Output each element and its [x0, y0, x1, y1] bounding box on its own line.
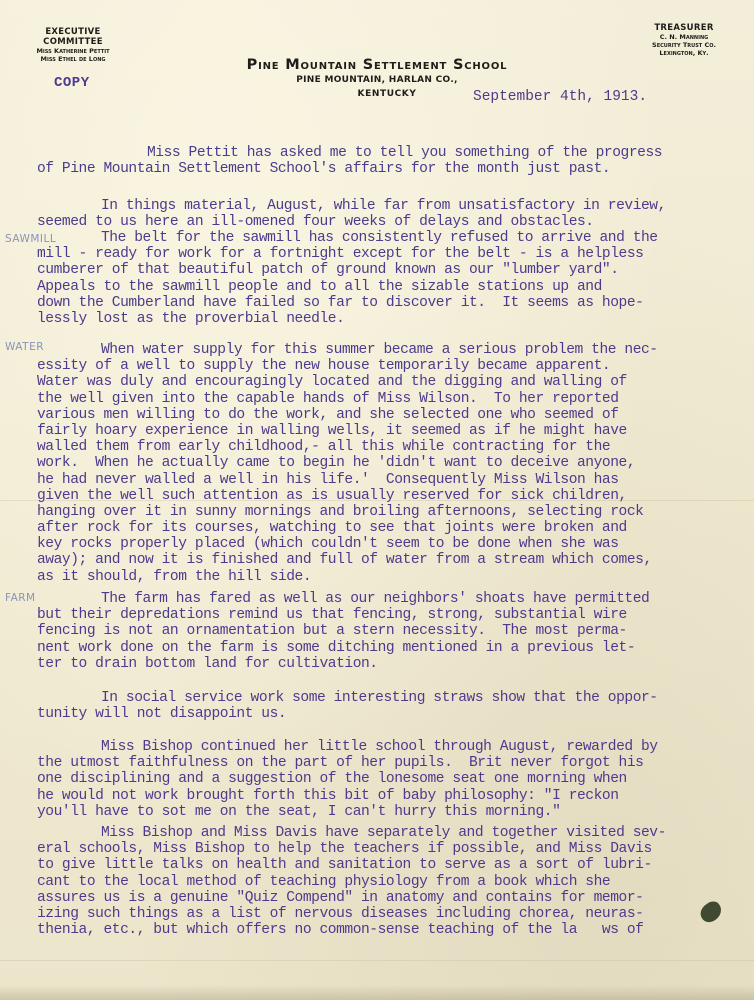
- paragraph-miss-bishop-school: Miss Bishop continued her little school …: [37, 739, 737, 820]
- paragraph-social-service: In social service work some interesting …: [37, 690, 737, 722]
- text-line: as it should, from the hill side.: [37, 569, 737, 585]
- text-line: work. When he actually came to begin he …: [37, 455, 737, 471]
- text-line: izing such things as a list of nervous d…: [37, 906, 737, 922]
- paragraph-school-visits: Miss Bishop and Miss Davis have separate…: [37, 825, 737, 938]
- text-line: given the well such attention as is usua…: [37, 488, 737, 504]
- text-line: key rocks properly placed (which couldn'…: [37, 536, 737, 552]
- text-line: walled them from early childhood,- all t…: [37, 439, 737, 455]
- text-line: hanging over it in sunny mornings and br…: [37, 504, 737, 520]
- text-line: cant to the local method of teaching phy…: [37, 874, 737, 890]
- paragraph-intro: Miss Pettit has asked me to tell you som…: [37, 145, 737, 177]
- text-line: ter to drain bottom land for cultivation…: [37, 656, 737, 672]
- text-line: after rock for its courses, watching to …: [37, 520, 737, 536]
- paragraph-material: In things material, August, while far fr…: [37, 198, 737, 230]
- text-line: one disciplining and a suggestion of the…: [37, 771, 737, 787]
- margin-note-farm: FARM: [5, 592, 36, 604]
- treasurer-line: C. N. Manning: [634, 33, 734, 41]
- text-line: nent work done on the farm is some ditch…: [37, 640, 737, 656]
- text-line: In things material, August, while far fr…: [37, 198, 737, 214]
- letter-date: September 4th, 1913.: [473, 89, 647, 105]
- text-line: the well given into the capable hands of…: [37, 391, 737, 407]
- text-line: to give little talks on health and sanit…: [37, 857, 737, 873]
- text-line: but their depredations remind us that fe…: [37, 607, 737, 623]
- paper-edge-shadow: [0, 985, 754, 1000]
- text-line: lessly lost as the proverbial needle.: [37, 311, 737, 327]
- paragraph-farm: The farm has fared as well as our neighb…: [37, 591, 737, 672]
- text-line: Miss Bishop continued her little school …: [37, 739, 737, 755]
- treasurer-line: Lexington, Ky.: [634, 49, 734, 57]
- school-address: PINE MOUNTAIN, HARLAN CO.,: [222, 75, 532, 85]
- text-line: cumberer of that beautiful patch of grou…: [37, 262, 737, 278]
- paper-fold-line: [0, 960, 754, 961]
- text-line: thenia, etc., but which offers no common…: [37, 922, 737, 938]
- paragraph-water: When water supply for this summer became…: [37, 342, 737, 585]
- text-line: of Pine Mountain Settlement School's aff…: [37, 161, 737, 177]
- text-line: assures us is a genuine "Quiz Compend" i…: [37, 890, 737, 906]
- text-line: tunity will not disappoint us.: [37, 706, 737, 722]
- paragraph-sawmill: The belt for the sawmill has consistentl…: [37, 230, 737, 327]
- text-line: mill - ready for work for a fortnight ex…: [37, 246, 737, 262]
- executive-committee-block: EXECUTIVE COMMITTEE Miss Katherine Petti…: [18, 27, 128, 63]
- committee-member: Miss Ethel de Long: [18, 55, 128, 63]
- committee-heading: EXECUTIVE COMMITTEE: [18, 27, 128, 47]
- text-line: away); and now it is finished and full o…: [37, 552, 737, 568]
- text-line: fairly hoary experience in walling wells…: [37, 423, 737, 439]
- text-line: Appeals to the sawmill people and to all…: [37, 279, 737, 295]
- text-line: The farm has fared as well as our neighb…: [37, 591, 737, 607]
- text-line: down the Cumberland have failed so far t…: [37, 295, 737, 311]
- text-line: you'll have to sot me on the seat, I can…: [37, 804, 737, 820]
- text-line: fencing is not an ornamentation but a st…: [37, 623, 737, 639]
- text-line: he had never walled a well in his life.'…: [37, 472, 737, 488]
- text-line: Miss Bishop and Miss Davis have separate…: [37, 825, 737, 841]
- copy-stamp: COPY: [54, 75, 90, 91]
- text-line: In social service work some interesting …: [37, 690, 737, 706]
- treasurer-block: TREASURER C. N. Manning Security Trust C…: [634, 23, 734, 57]
- text-line: essity of a well to supply the new house…: [37, 358, 737, 374]
- text-line: When water supply for this summer became…: [37, 342, 737, 358]
- committee-member: Miss Katherine Pettit: [18, 47, 128, 55]
- text-line: eral schools, Miss Bishop to help the te…: [37, 841, 737, 857]
- text-line: The belt for the sawmill has consistentl…: [37, 230, 737, 246]
- treasurer-line: Security Trust Co.: [634, 41, 734, 49]
- text-line: seemed to us here an ill-omened four wee…: [37, 214, 737, 230]
- text-line: Miss Pettit has asked me to tell you som…: [37, 145, 737, 161]
- text-line: various men willing to do the work, and …: [37, 407, 737, 423]
- text-line: Water was duly and encouragingly located…: [37, 374, 737, 390]
- text-line: the utmost faithfulness on the part of h…: [37, 755, 737, 771]
- text-line: he would not work brought forth this bit…: [37, 788, 737, 804]
- treasurer-heading: TREASURER: [634, 23, 734, 33]
- school-name: Pine Mountain Settlement School: [222, 57, 532, 73]
